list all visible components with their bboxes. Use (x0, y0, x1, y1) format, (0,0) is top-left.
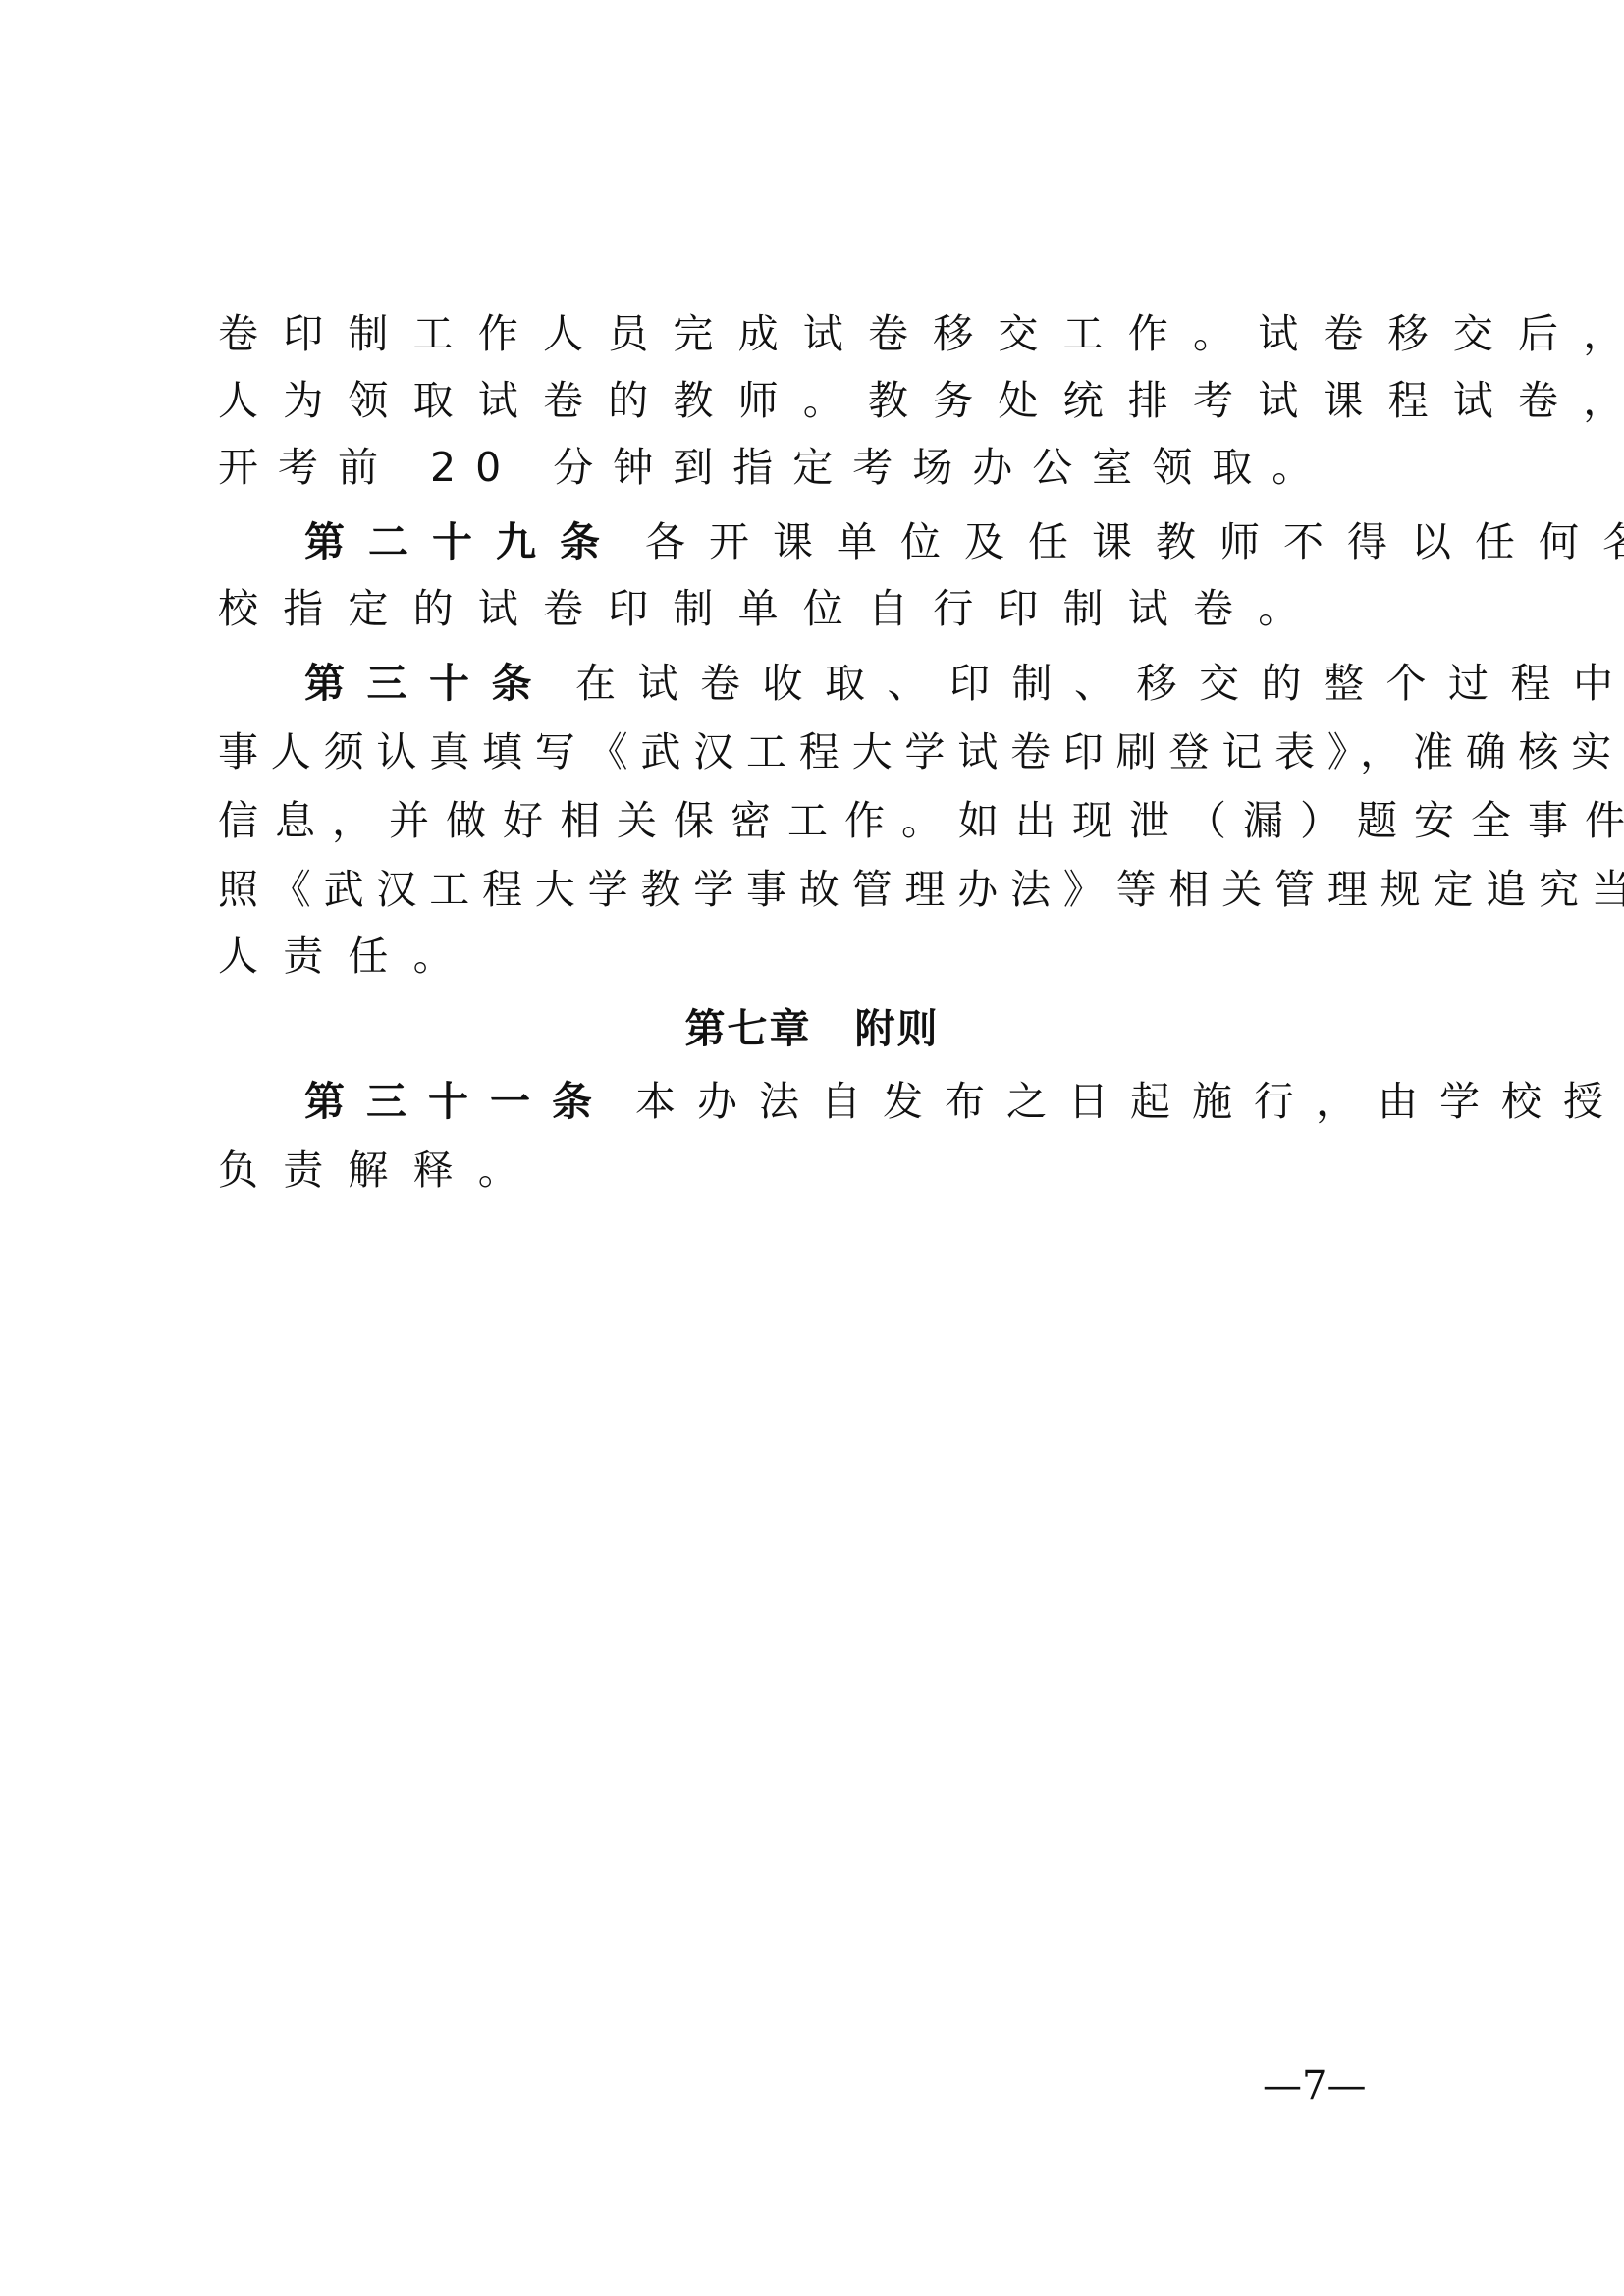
text-line: 人为领取试卷的教师。教务处统排考试课程试卷，由监考教师于 (218, 367, 1435, 434)
document-page: 卷印制工作人员完成试卷移交工作。试卷移交后，试卷保管责任 人为领取试卷的教师。教… (0, 0, 1624, 2296)
article-number: 第三十一条 (304, 1078, 614, 1125)
chapter-heading: 第七章附则 (0, 995, 1624, 1062)
article-number: 第三十条 (304, 660, 554, 707)
article-text: 各开课单位及任课教师不得以任何名义到非学 (645, 518, 1624, 565)
page-number: —7— (1263, 2064, 1366, 2108)
article-31-first-line: 第三十一条本办法自发布之日起施行，由学校授权教务处 (304, 1068, 1434, 1135)
chapter-title: 附则 (855, 1005, 940, 1052)
text-line: 负责解释。 (218, 1137, 1435, 1203)
text-line: 照《武汉工程大学教学事故管理办法》等相关管理规定追究当事 (218, 856, 1435, 923)
article-29-first-line: 第二十九条各开课单位及任课教师不得以任何名义到非学 (304, 508, 1434, 575)
text-line: 卷印制工作人员完成试卷移交工作。试卷移交后，试卷保管责任 (218, 300, 1435, 367)
article-number: 第二十九条 (304, 518, 623, 565)
article-text: 本办法自发布之日起施行，由学校授权教务处 (635, 1078, 1624, 1125)
article-text: 在试卷收取、印制、移交的整个过程中，双方当 (575, 660, 1624, 707)
text-line: 事人须认真填写《武汉工程大学试卷印刷登记表》，准确核实相关 (218, 719, 1435, 785)
text-line: 校指定的试卷印制单位自行印制试卷。 (218, 575, 1435, 642)
text-line: 信息，并做好相关保密工作。如出现泄（漏）题安全事件，将按 (218, 787, 1435, 854)
article-30-first-line: 第三十条在试卷收取、印制、移交的整个过程中，双方当 (304, 650, 1434, 717)
chapter-number: 第七章 (685, 1005, 812, 1052)
text-line: 开考前 20 分钟到指定考场办公室领取。 (218, 434, 1435, 501)
text-line: 人责任。 (218, 923, 1435, 989)
